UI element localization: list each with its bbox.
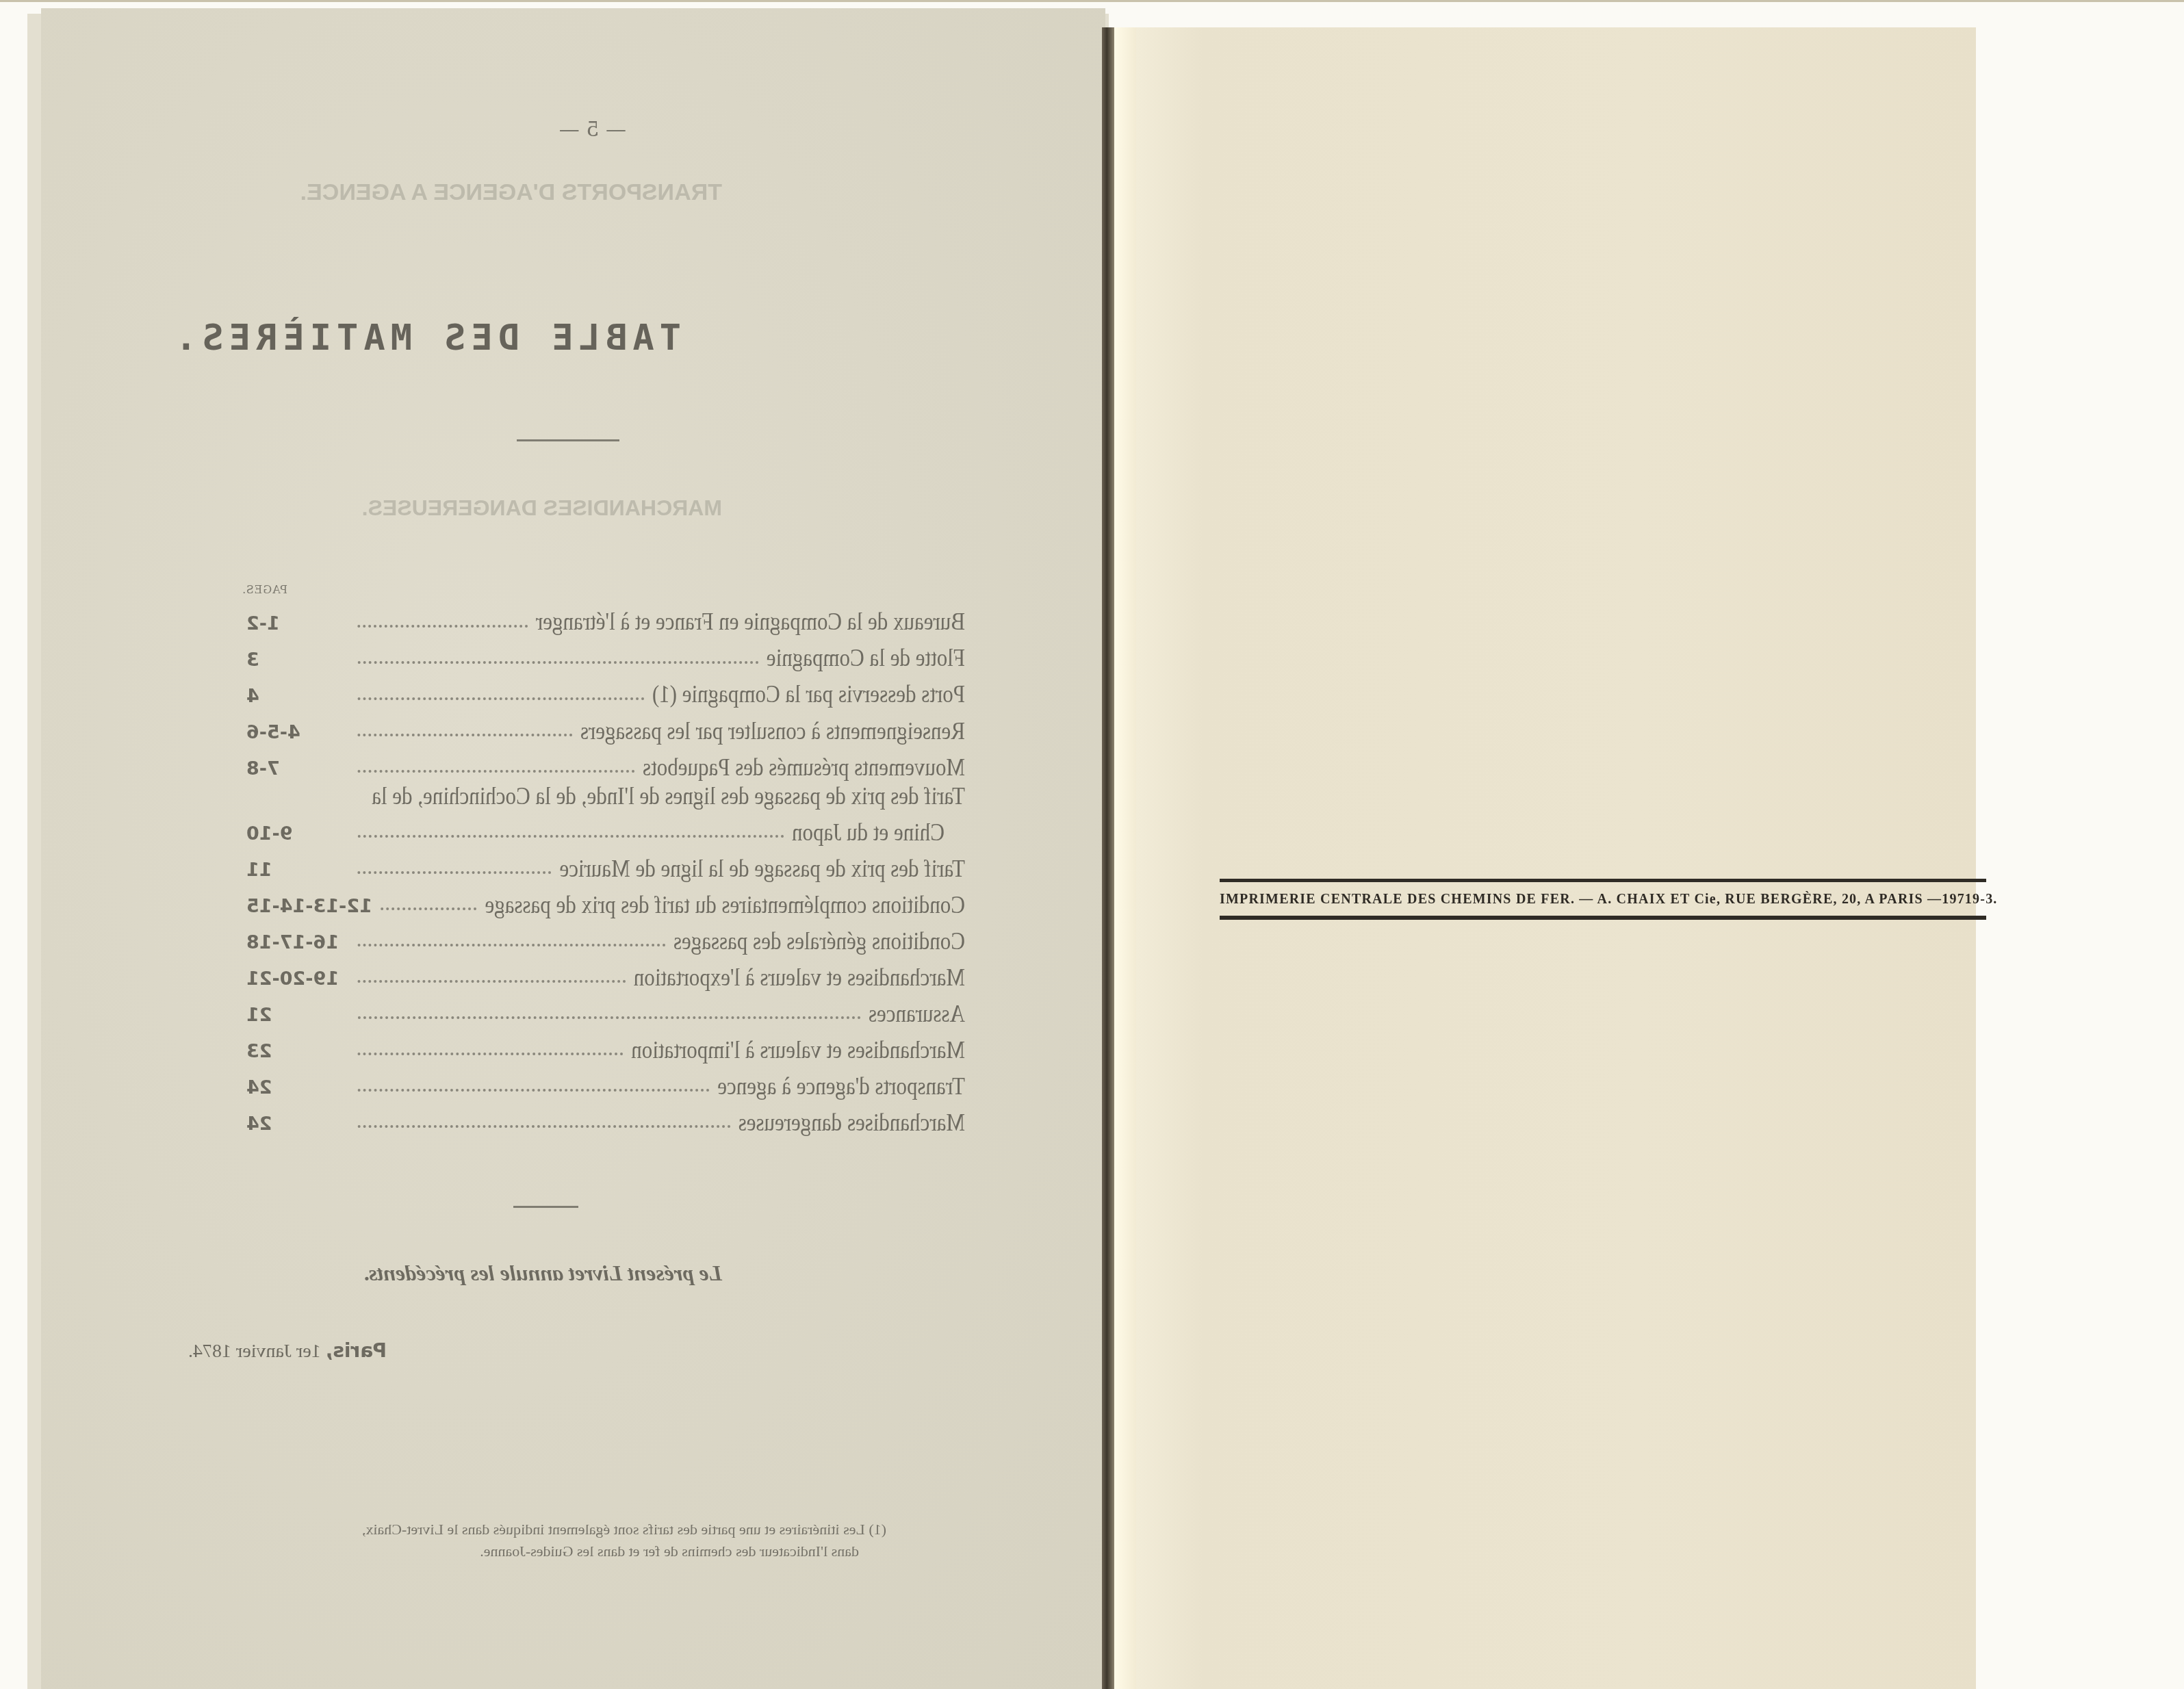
footnote-line-2: dans l'Indicateur des chemins de fer et … xyxy=(480,1543,859,1560)
toc-entry: Flotte de la Compagnie3 xyxy=(246,634,965,671)
toc-entry: Conditions générales des passages16-17-1… xyxy=(246,917,965,953)
toc-entry: Renseignements à consulter par les passa… xyxy=(246,707,965,743)
toc-entry: Marchandises et valeurs à l'importation2… xyxy=(246,1026,965,1062)
toc-entry: Mouvements présumés des Paquebots7-8 xyxy=(246,743,965,779)
divider xyxy=(517,439,619,441)
colophon-rule-top xyxy=(1220,879,1986,882)
toc-entry: Marchandises et valeurs à l'exportation1… xyxy=(246,953,965,990)
pages-column-label: PAGES. xyxy=(242,583,287,596)
colophon-text: IMPRIMERIE CENTRALE DES CHEMINS DE FER. … xyxy=(1220,892,1986,907)
table-of-contents: Bureaux de la Compagnie en France et à l… xyxy=(246,598,965,1135)
dateline-city: Paris, xyxy=(326,1339,387,1362)
toc-entry: Assurances21 xyxy=(246,990,965,1026)
page-number: — 5 — xyxy=(559,118,626,142)
toc-entry: Tarif des prix de passage de la ligne de… xyxy=(246,844,965,881)
colophon-rule-bottom xyxy=(1220,916,1986,920)
scan-edge xyxy=(0,0,2184,2)
right-page xyxy=(1136,27,1976,1689)
left-page-content-mirrored: TRANSPORTS D'AGENCE A AGENCE. MARCHANDIS… xyxy=(41,8,1105,1689)
divider xyxy=(513,1206,578,1208)
toc-entry: Transports d'agence à agence24 xyxy=(246,1062,965,1098)
toc-entry: Conditions complémentaires du tarif des … xyxy=(246,881,965,917)
toc-entry: Bureaux de la Compagnie en France et à l… xyxy=(246,598,965,634)
toc-entry: Marchandises dangereuses24 xyxy=(246,1098,965,1135)
printer-colophon: IMPRIMERIE CENTRALE DES CHEMINS DE FER. … xyxy=(1220,879,1986,920)
notice-text: Le présent Livret annule les précédents. xyxy=(363,1261,722,1286)
toc-entry: Tarif des prix de passage des lignes de … xyxy=(246,779,965,808)
show-through-heading-2: MARCHANDISES DANGEREUSES. xyxy=(362,495,722,521)
toc-entry: Chine et du Japon9-10 xyxy=(246,808,965,844)
toc-entry: Ports desservis par la Compagnie (1)4 xyxy=(246,671,965,707)
dateline: Paris, 1er Janvier 1874. xyxy=(188,1339,387,1363)
show-through-heading: TRANSPORTS D'AGENCE A AGENCE. xyxy=(300,179,722,206)
footnote-line-1: (1) Les itinéraires et une partie des ta… xyxy=(362,1521,886,1538)
page-title: TABLE DES MATIÈRES. xyxy=(170,318,681,359)
book-gutter xyxy=(1102,27,1114,1689)
dateline-date: 1er Janvier 1874. xyxy=(188,1341,321,1362)
